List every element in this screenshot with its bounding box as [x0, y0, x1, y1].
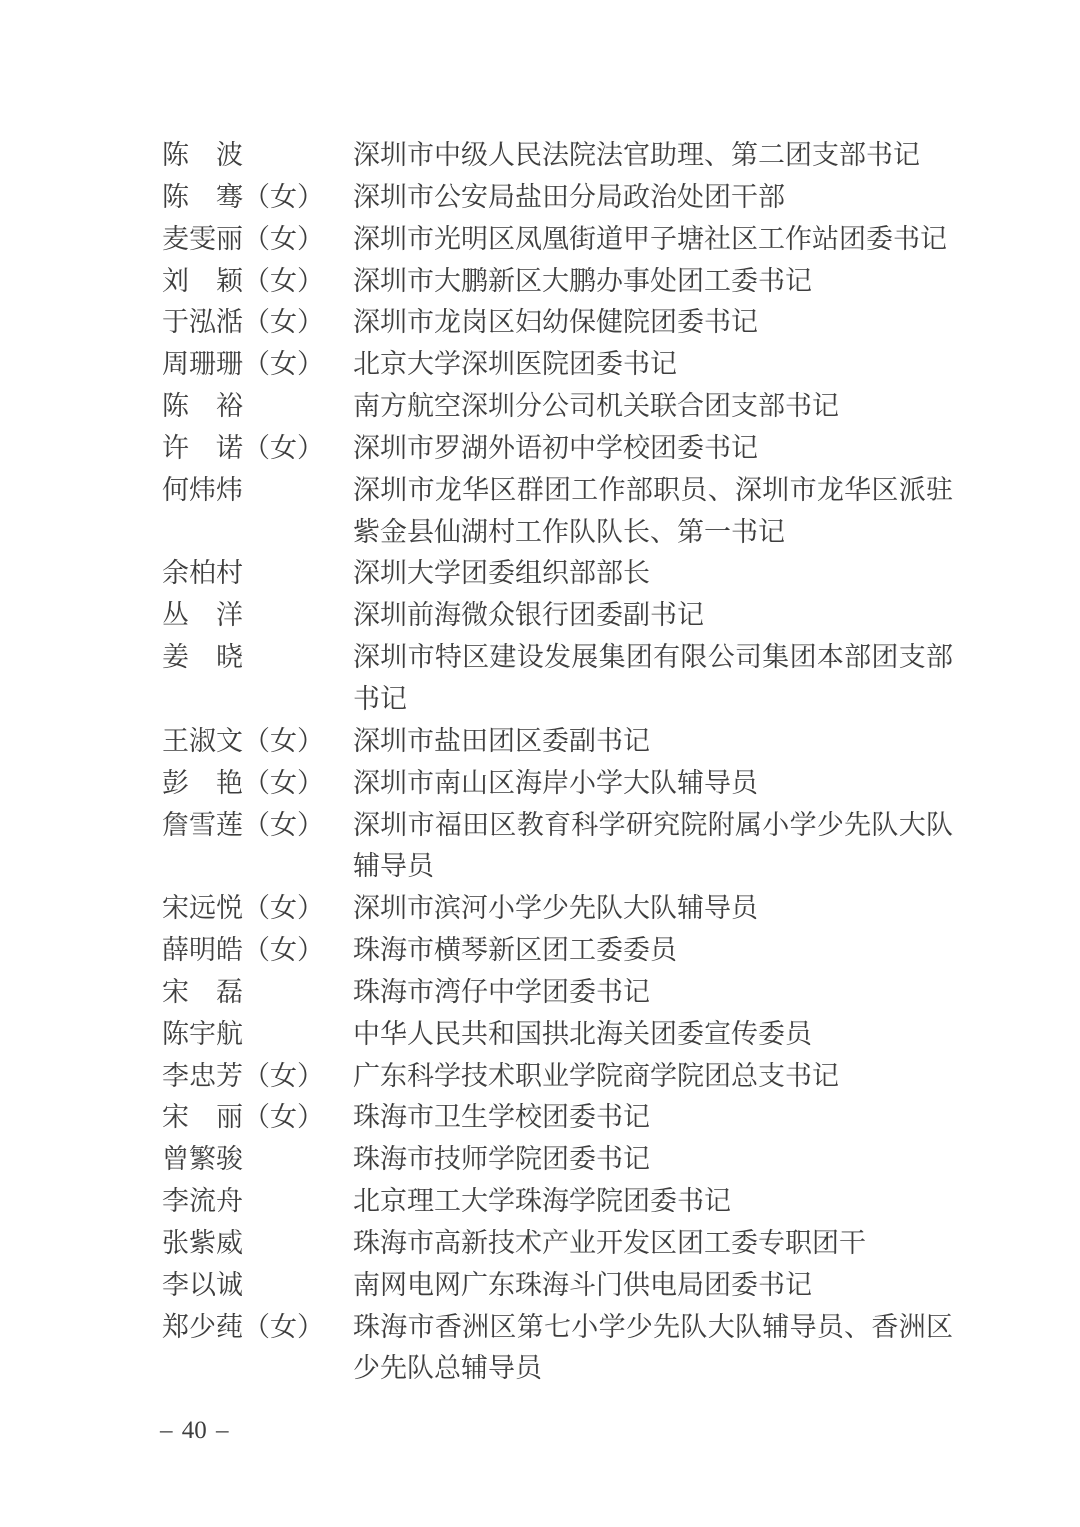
person-name-cell: 许 诺（女） [162, 428, 353, 470]
person-name-cell: 陈宇航 [162, 1014, 353, 1056]
list-item: 李流舟北京理工大学珠海学院团委书记 [162, 1181, 962, 1223]
list-item: 宋 磊珠海市湾仔中学团委书记 [162, 972, 962, 1014]
person-name: 刘 颖 [162, 266, 243, 296]
list-item: 何炜炜深圳市龙华区群团工作部职员、深圳市龙华区派驻紫金县仙湖村工作队队长、第一书… [162, 470, 962, 554]
female-marker: （女） [243, 935, 324, 965]
page-number: – 40 – [160, 1416, 229, 1446]
document-page: 陈 波深圳市中级人民法院法官助理、第二团支部书记陈 骞（女）深圳市公安局盐田分局… [0, 0, 1080, 1527]
person-title: 珠海市卫生学校团委书记 [353, 1097, 650, 1139]
person-name: 王淑文 [162, 726, 243, 756]
person-title: 深圳市福田区教育科学研究院附属小学少先队大队辅导员 [353, 805, 953, 889]
list-item: 宋 丽（女）珠海市卫生学校团委书记 [162, 1097, 962, 1139]
person-name-cell: 郑少莼（女） [162, 1307, 353, 1349]
person-title: 深圳市光明区凤凰街道甲子塘社区工作站团委书记 [353, 219, 947, 261]
female-marker: （女） [243, 266, 324, 296]
female-marker: （女） [243, 224, 324, 254]
person-name: 麦雯丽 [162, 224, 243, 254]
person-name: 薛明皓 [162, 935, 243, 965]
person-name-cell: 陈 骞（女） [162, 177, 353, 219]
person-name: 郑少莼 [162, 1312, 243, 1342]
list-item: 陈宇航中华人民共和国拱北海关团委宣传委员 [162, 1014, 962, 1056]
person-name: 李以诚 [162, 1270, 243, 1300]
person-title: 深圳市龙华区群团工作部职员、深圳市龙华区派驻紫金县仙湖村工作队队长、第一书记 [353, 470, 953, 554]
person-name: 陈 波 [162, 140, 243, 170]
person-title: 南方航空深圳分公司机关联合团支部书记 [353, 386, 839, 428]
person-name-cell: 李流舟 [162, 1181, 353, 1223]
list-item: 詹雪莲（女）深圳市福田区教育科学研究院附属小学少先队大队辅导员 [162, 805, 962, 889]
person-name: 陈 裕 [162, 391, 243, 421]
person-title: 深圳市盐田团区委副书记 [353, 721, 650, 763]
list-item: 郑少莼（女）珠海市香洲区第七小学少先队大队辅导员、香洲区少先队总辅导员 [162, 1307, 962, 1391]
person-name: 陈 骞 [162, 182, 243, 212]
person-title: 珠海市湾仔中学团委书记 [353, 972, 650, 1014]
list-item: 姜 晓深圳市特区建设发展集团有限公司集团本部团支部书记 [162, 637, 962, 721]
list-item: 于泓湉（女）深圳市龙岗区妇幼保健院团委书记 [162, 302, 962, 344]
person-title: 深圳市南山区海岸小学大队辅导员 [353, 763, 758, 805]
person-title: 珠海市高新技术产业开发区团工委专职团干 [353, 1223, 866, 1265]
person-name-cell: 宋远悦（女） [162, 888, 353, 930]
person-title: 珠海市香洲区第七小学少先队大队辅导员、香洲区少先队总辅导员 [353, 1307, 953, 1391]
person-name-cell: 于泓湉（女） [162, 302, 353, 344]
person-name: 陈宇航 [162, 1019, 243, 1049]
list-item: 陈 骞（女）深圳市公安局盐田分局政治处团干部 [162, 177, 962, 219]
person-title: 深圳市龙岗区妇幼保健院团委书记 [353, 302, 758, 344]
list-item: 李以诚南网电网广东珠海斗门供电局团委书记 [162, 1265, 962, 1307]
list-item: 曾繁骏珠海市技师学院团委书记 [162, 1139, 962, 1181]
person-title: 深圳市滨河小学少先队大队辅导员 [353, 888, 758, 930]
person-name: 于泓湉 [162, 307, 243, 337]
list-item: 彭 艳（女）深圳市南山区海岸小学大队辅导员 [162, 763, 962, 805]
person-title: 北京理工大学珠海学院团委书记 [353, 1181, 731, 1223]
person-name: 李流舟 [162, 1186, 243, 1216]
list-item: 张紫威珠海市高新技术产业开发区团工委专职团干 [162, 1223, 962, 1265]
female-marker: （女） [243, 433, 324, 463]
person-name-cell: 李忠芳（女） [162, 1056, 353, 1098]
list-item: 陈 波深圳市中级人民法院法官助理、第二团支部书记 [162, 135, 962, 177]
list-item: 刘 颖（女）深圳市大鹏新区大鹏办事处团工委书记 [162, 261, 962, 303]
female-marker: （女） [243, 1312, 324, 1342]
person-name-cell: 姜 晓 [162, 637, 353, 679]
person-title: 北京大学深圳医院团委书记 [353, 344, 677, 386]
person-title: 广东科学技术职业学院商学院团总支书记 [353, 1056, 839, 1098]
person-name: 丛 洋 [162, 600, 243, 630]
list-item: 陈 裕南方航空深圳分公司机关联合团支部书记 [162, 386, 962, 428]
list-item: 余柏村深圳大学团委组织部部长 [162, 553, 962, 595]
female-marker: （女） [243, 349, 324, 379]
person-title: 深圳市公安局盐田分局政治处团干部 [353, 177, 785, 219]
person-name: 周珊珊 [162, 349, 243, 379]
list-item: 麦雯丽（女）深圳市光明区凤凰街道甲子塘社区工作站团委书记 [162, 219, 962, 261]
person-name-cell: 王淑文（女） [162, 721, 353, 763]
person-name-cell: 张紫威 [162, 1223, 353, 1265]
person-name-cell: 何炜炜 [162, 470, 353, 512]
person-name: 姜 晓 [162, 642, 243, 672]
person-name-cell: 宋 丽（女） [162, 1097, 353, 1139]
female-marker: （女） [243, 726, 324, 756]
person-name: 宋 丽 [162, 1102, 243, 1132]
person-name-cell: 詹雪莲（女） [162, 805, 353, 847]
list-item: 丛 洋深圳前海微众银行团委副书记 [162, 595, 962, 637]
list-item: 王淑文（女）深圳市盐田团区委副书记 [162, 721, 962, 763]
person-title: 深圳市中级人民法院法官助理、第二团支部书记 [353, 135, 920, 177]
female-marker: （女） [243, 810, 324, 840]
female-marker: （女） [243, 182, 324, 212]
list-item: 薛明皓（女）珠海市横琴新区团工委委员 [162, 930, 962, 972]
roster-list: 陈 波深圳市中级人民法院法官助理、第二团支部书记陈 骞（女）深圳市公安局盐田分局… [162, 135, 962, 1390]
person-name: 曾繁骏 [162, 1144, 243, 1174]
person-name-cell: 丛 洋 [162, 595, 353, 637]
female-marker: （女） [243, 768, 324, 798]
person-title: 深圳市罗湖外语初中学校团委书记 [353, 428, 758, 470]
female-marker: （女） [243, 893, 324, 923]
person-name-cell: 陈 波 [162, 135, 353, 177]
person-title: 珠海市横琴新区团工委委员 [353, 930, 677, 972]
person-name: 张紫威 [162, 1228, 243, 1258]
person-title: 深圳大学团委组织部部长 [353, 553, 650, 595]
person-name-cell: 陈 裕 [162, 386, 353, 428]
person-title: 南网电网广东珠海斗门供电局团委书记 [353, 1265, 812, 1307]
person-name-cell: 薛明皓（女） [162, 930, 353, 972]
person-title: 深圳市大鹏新区大鹏办事处团工委书记 [353, 261, 812, 303]
list-item: 许 诺（女）深圳市罗湖外语初中学校团委书记 [162, 428, 962, 470]
person-name: 许 诺 [162, 433, 243, 463]
person-name: 彭 艳 [162, 768, 243, 798]
person-name: 余柏村 [162, 558, 243, 588]
person-title: 深圳市特区建设发展集团有限公司集团本部团支部书记 [353, 637, 953, 721]
female-marker: （女） [243, 307, 324, 337]
person-name-cell: 宋 磊 [162, 972, 353, 1014]
list-item: 周珊珊（女）北京大学深圳医院团委书记 [162, 344, 962, 386]
female-marker: （女） [243, 1061, 324, 1091]
list-item: 宋远悦（女）深圳市滨河小学少先队大队辅导员 [162, 888, 962, 930]
female-marker: （女） [243, 1102, 324, 1132]
person-name-cell: 余柏村 [162, 553, 353, 595]
person-name: 詹雪莲 [162, 810, 243, 840]
person-name-cell: 刘 颖（女） [162, 261, 353, 303]
person-name: 宋 磊 [162, 977, 243, 1007]
person-name-cell: 麦雯丽（女） [162, 219, 353, 261]
person-name: 何炜炜 [162, 475, 243, 505]
person-name: 李忠芳 [162, 1061, 243, 1091]
list-item: 李忠芳（女）广东科学技术职业学院商学院团总支书记 [162, 1056, 962, 1098]
person-title: 深圳前海微众银行团委副书记 [353, 595, 704, 637]
person-title: 中华人民共和国拱北海关团委宣传委员 [353, 1014, 812, 1056]
person-name-cell: 周珊珊（女） [162, 344, 353, 386]
person-name-cell: 李以诚 [162, 1265, 353, 1307]
person-name-cell: 曾繁骏 [162, 1139, 353, 1181]
person-name: 宋远悦 [162, 893, 243, 923]
person-title: 珠海市技师学院团委书记 [353, 1139, 650, 1181]
person-name-cell: 彭 艳（女） [162, 763, 353, 805]
